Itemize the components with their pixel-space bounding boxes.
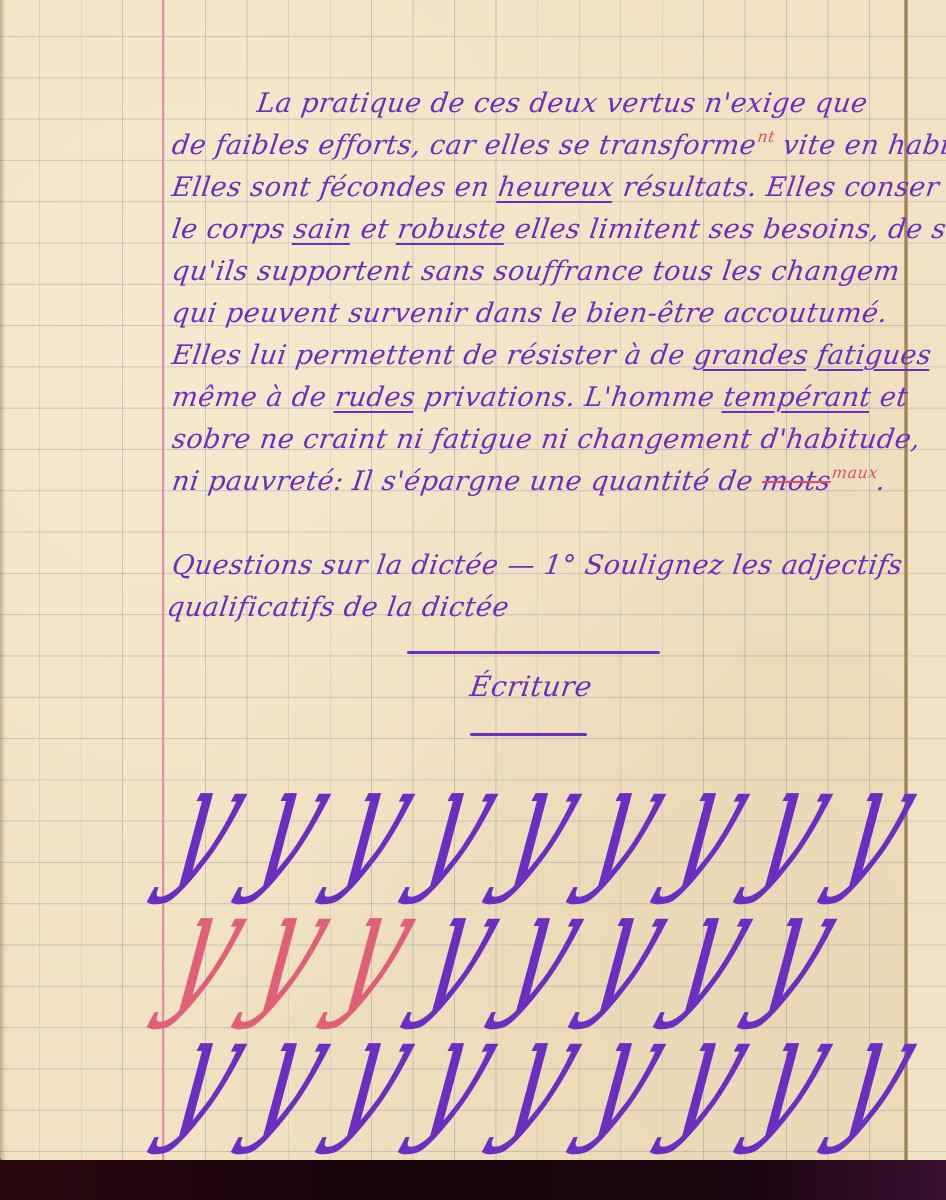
line-text: La pratique de ces deux vertus n'exige q… <box>255 88 870 119</box>
questions-line-1: Questions sur la dictée — 1° Soulignez l… <box>170 550 905 581</box>
line-text: même à de <box>170 382 338 413</box>
notebook-page: La pratique de ces deux vertus n'exige q… <box>0 0 946 1160</box>
line-text: Elles lui permettent de résister à de <box>170 340 696 371</box>
questions-line-2: qualificatifs de la dictée <box>165 592 511 623</box>
dictation-line-1: La pratique de ces deux vertus n'exige q… <box>255 88 870 119</box>
line-text: et <box>350 214 400 245</box>
underlined-word: fatigues <box>815 340 933 371</box>
line-text: sobre ne craint ni fatigue ni changement… <box>170 424 923 455</box>
line-text: qu'ils supportent sans souffrance tous l… <box>170 256 902 287</box>
underlined-adjective: sain <box>292 214 354 245</box>
underlined-adjective: rudes <box>333 382 417 413</box>
line-text: Elles sont fécondes en <box>170 172 501 203</box>
line-text: Questions sur la dictée — 1° Soulignez l… <box>170 550 905 581</box>
line-text: le corps <box>170 214 296 245</box>
dictation-line-6: qui peuvent survenir dans le bien-être a… <box>170 298 890 329</box>
dictation-line-5: qu'ils supportent sans souffrance tous l… <box>170 256 902 287</box>
line-text: qui peuvent survenir dans le bien-être a… <box>170 298 890 329</box>
heading-text: Écriture <box>468 670 594 703</box>
line-text: ni pauvreté: Il s'épargne une quantité d… <box>170 466 764 497</box>
section-heading: Écriture <box>468 670 594 703</box>
dictation-line-2: de faibles efforts, car elles se transfo… <box>170 130 946 161</box>
scan-background <box>0 1160 946 1200</box>
dictation-line-9: sobre ne craint ni fatigue ni changement… <box>170 424 923 455</box>
margin-line <box>162 0 164 1160</box>
dictation-line-4: le corps sain et robuste elles limitent … <box>170 214 946 245</box>
underlined-adjective: tempérant <box>721 382 873 413</box>
underlined-adjective: heureux <box>496 172 616 203</box>
line-text: qualificatifs de la dictée <box>165 592 511 623</box>
underlined-adjective: robuste <box>396 214 508 245</box>
line-text: et <box>869 382 910 413</box>
line-text: privations. L'homme <box>413 382 726 413</box>
heading-top-rule <box>407 651 660 654</box>
dictation-line-3: Elles sont fécondes en heureux résultats… <box>170 172 941 203</box>
dictation-line-7: Elles lui permettent de résister à de gr… <box>170 340 934 371</box>
red-correction: nt <box>756 127 776 146</box>
line-text: vite en habit <box>772 130 946 161</box>
underlined-adjective: grandes <box>692 340 811 371</box>
red-correction: maux <box>831 463 880 482</box>
crossed-out-word: mots <box>760 466 833 497</box>
page-edge-shadow <box>0 0 6 1160</box>
line-text: résultats. Elles conser <box>612 172 941 203</box>
dictation-line-8: même à de rudes privations. L'homme temp… <box>170 382 910 413</box>
dictation-line-10: ni pauvreté: Il s'épargne une quantité d… <box>170 466 888 497</box>
line-text: de faibles efforts, car elles se transfo… <box>170 130 758 161</box>
practice-row-3: y y y y y y y y y <box>170 995 910 1145</box>
line-text: elles limitent ses besoins, de sorte <box>504 214 946 245</box>
